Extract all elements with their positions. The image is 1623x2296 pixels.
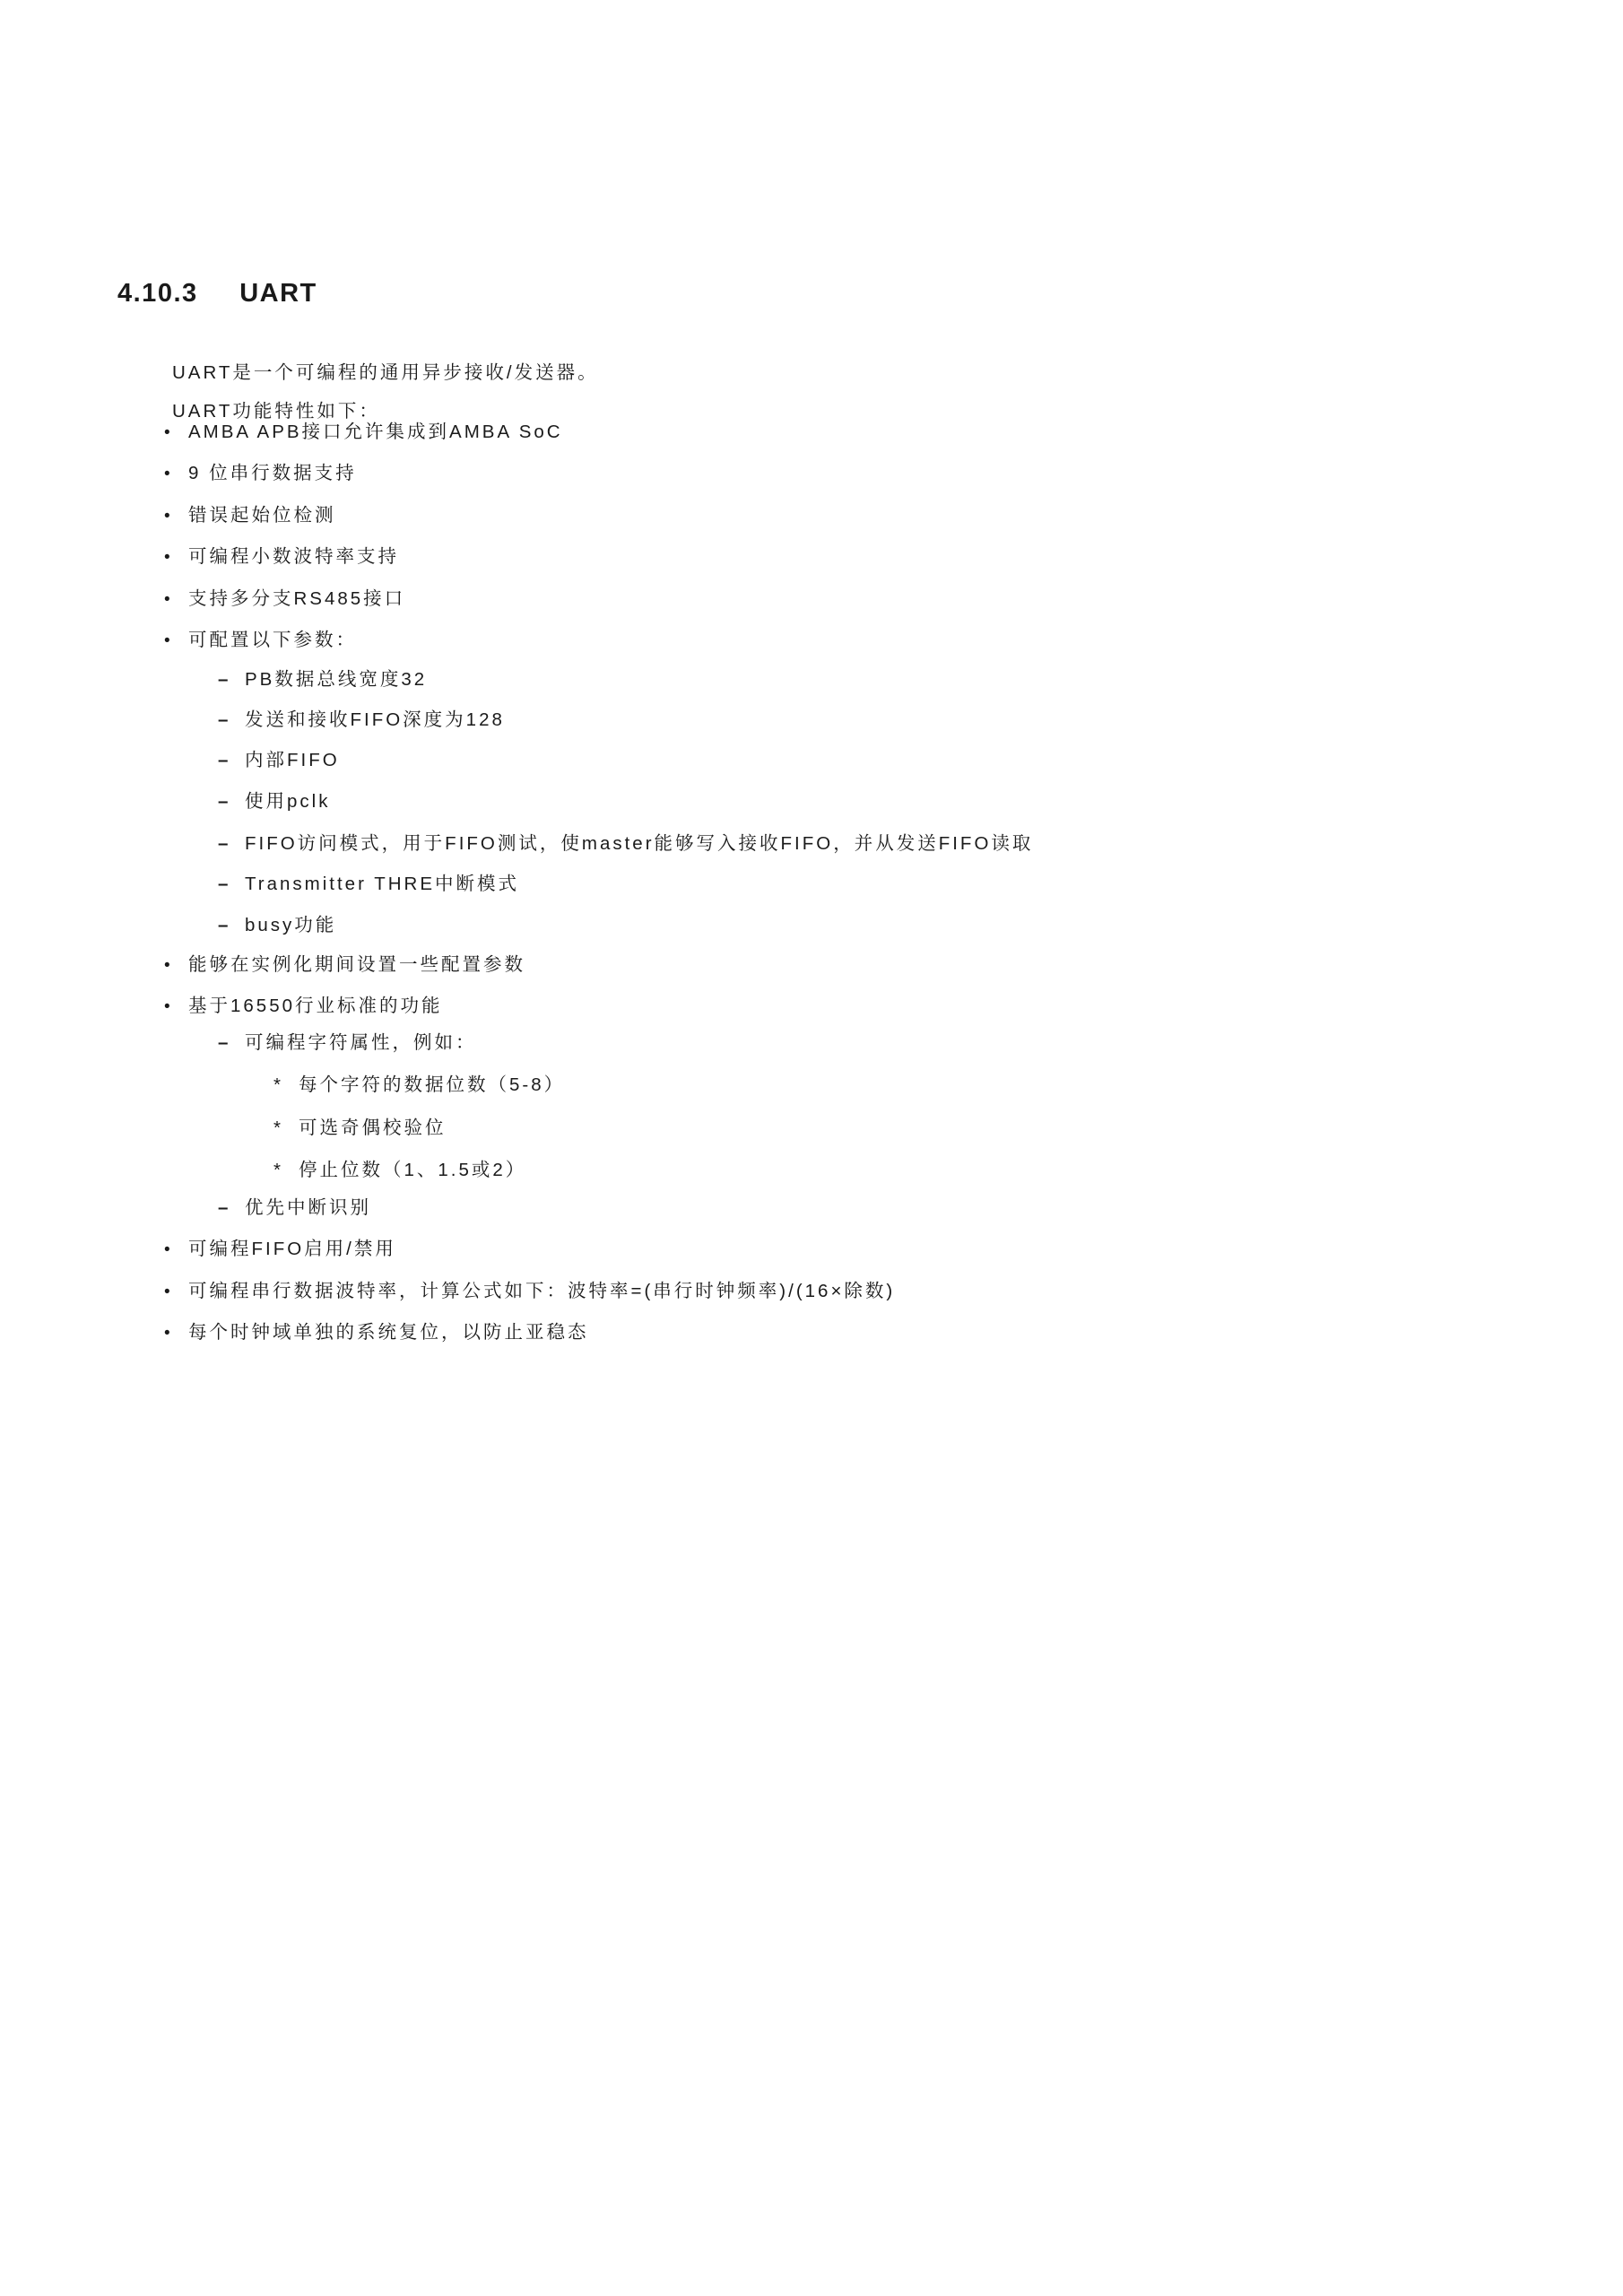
list-item: –发送和接收FIFO深度为128 xyxy=(218,707,505,734)
list-item: •9 位串行数据支持 xyxy=(164,460,357,488)
dash-marker: – xyxy=(218,747,245,774)
list-item: *停止位数（1、1.5或2） xyxy=(273,1157,526,1184)
list-item: •每个时钟域单独的系统复位，以防止亚稳态 xyxy=(164,1319,589,1347)
bullet-marker: • xyxy=(164,994,188,1021)
bullet-marker: • xyxy=(164,952,188,979)
list-item: *可选奇偶校验位 xyxy=(273,1115,447,1142)
list-item: •可编程小数波特率支持 xyxy=(164,544,399,571)
bullet-marker: • xyxy=(164,1279,188,1306)
list-item-text: 每个字符的数据位数（5-8） xyxy=(299,1074,565,1095)
list-item-text: 停止位数（1、1.5或2） xyxy=(299,1160,526,1180)
list-item-text: 可编程串行数据波特率，计算公式如下：波特率=(串行时钟频率)/(16×除数) xyxy=(188,1281,895,1301)
list-item: –Transmitter THRE中断模式 xyxy=(218,871,519,898)
list-item: •可编程FIFO启用/禁用 xyxy=(164,1236,396,1264)
list-item: –PB数据总线宽度32 xyxy=(218,666,427,693)
list-item-text: 可编程FIFO启用/禁用 xyxy=(188,1239,396,1259)
list-item-text: PB数据总线宽度32 xyxy=(245,669,427,690)
bullet-marker: • xyxy=(164,1320,188,1347)
list-item-text: 能够在实例化期间设置一些配置参数 xyxy=(188,954,525,975)
list-item-text: 可配置以下参数： xyxy=(188,630,357,650)
dash-marker: – xyxy=(218,912,245,939)
list-item: –可编程字符属性，例如： xyxy=(218,1030,477,1057)
list-item: •可配置以下参数： xyxy=(164,627,357,655)
list-item-text: 每个时钟域单独的系统复位，以防止亚稳态 xyxy=(188,1322,589,1343)
list-item-text: 发送和接收FIFO深度为128 xyxy=(245,709,505,730)
list-item-text: 错误起始位检测 xyxy=(188,505,336,526)
bullet-marker: • xyxy=(164,544,188,571)
list-item-text: Transmitter THRE中断模式 xyxy=(245,874,519,894)
list-item: –使用pclk xyxy=(218,788,330,815)
list-item: •可编程串行数据波特率，计算公式如下：波特率=(串行时钟频率)/(16×除数) xyxy=(164,1278,895,1306)
dash-marker: – xyxy=(218,1195,245,1222)
list-item-text: AMBA APB接口允许集成到AMBA SoC xyxy=(188,422,563,442)
list-item: •错误起始位检测 xyxy=(164,502,336,530)
bullet-marker: • xyxy=(164,587,188,613)
document-page: 4.10.3 UART UART是一个可编程的通用异步接收/发送器。 UART功… xyxy=(0,0,1623,2296)
list-item-text: 优先中断识别 xyxy=(245,1197,371,1218)
dash-marker: – xyxy=(218,871,245,898)
list-item: •支持多分支RS485接口 xyxy=(164,586,405,613)
dash-marker: – xyxy=(218,666,245,693)
list-item-text: 可选奇偶校验位 xyxy=(299,1118,447,1138)
bullet-marker: • xyxy=(164,1237,188,1264)
list-item-text: 可编程小数波特率支持 xyxy=(188,546,399,567)
bullet-marker: • xyxy=(164,461,188,488)
list-item: •基于16550行业标准的功能 xyxy=(164,993,443,1021)
list-item-text: 使用pclk xyxy=(245,791,330,812)
section-number: 4.10.3 xyxy=(117,277,198,309)
list-item-text: 基于16550行业标准的功能 xyxy=(188,996,443,1016)
list-item: •AMBA APB接口允许集成到AMBA SoC xyxy=(164,419,563,447)
asterisk-marker: * xyxy=(273,1072,299,1099)
list-item-text: 内部FIFO xyxy=(245,750,340,770)
section-title: UART xyxy=(239,279,317,308)
intro-line: UART是一个可编程的通用异步接收/发送器。 xyxy=(172,360,599,387)
bullet-marker: • xyxy=(164,503,188,530)
list-item-text: 可编程字符属性，例如： xyxy=(245,1032,477,1053)
list-item: –优先中断识别 xyxy=(218,1195,371,1222)
asterisk-marker: * xyxy=(273,1157,299,1184)
list-item-text: FIFO访问模式，用于FIFO测试，使master能够写入接收FIFO，并从发送… xyxy=(245,833,1033,854)
dash-marker: – xyxy=(218,707,245,734)
dash-marker: – xyxy=(218,788,245,815)
bullet-marker: • xyxy=(164,420,188,447)
list-item-text: 9 位串行数据支持 xyxy=(188,463,357,483)
bullet-marker: • xyxy=(164,628,188,655)
list-item-text: busy功能 xyxy=(245,915,336,935)
asterisk-marker: * xyxy=(273,1115,299,1142)
list-item: *每个字符的数据位数（5-8） xyxy=(273,1072,565,1099)
dash-marker: – xyxy=(218,831,245,857)
list-item: –内部FIFO xyxy=(218,747,340,774)
list-item: –FIFO访问模式，用于FIFO测试，使master能够写入接收FIFO，并从发… xyxy=(218,831,1033,857)
list-item: –busy功能 xyxy=(218,912,336,939)
list-item-text: 支持多分支RS485接口 xyxy=(188,588,405,609)
list-item: •能够在实例化期间设置一些配置参数 xyxy=(164,952,525,979)
section-heading: 4.10.3 UART xyxy=(117,277,317,309)
dash-marker: – xyxy=(218,1030,245,1057)
